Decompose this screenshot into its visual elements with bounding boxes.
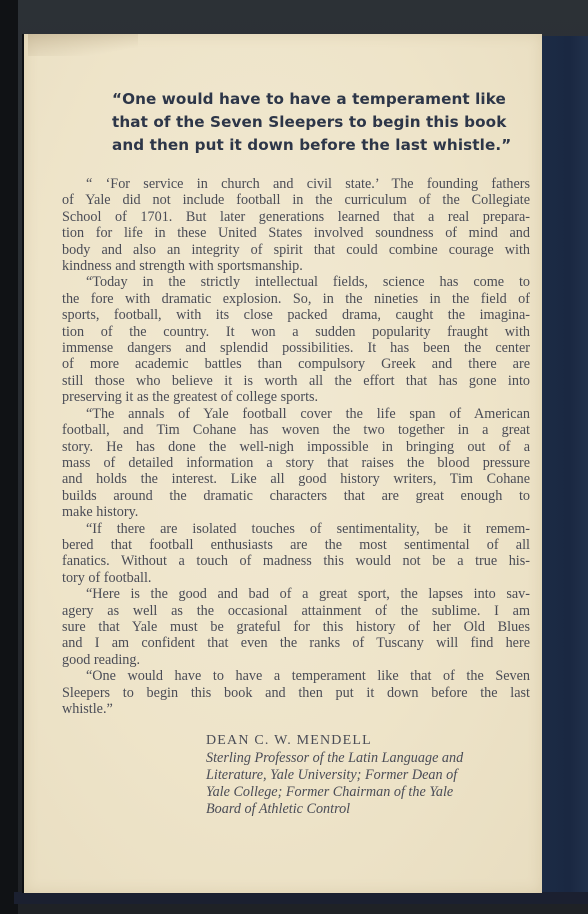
blurb-paragraph: “Today in the strictly intellectual fiel… <box>62 274 530 405</box>
text-line: agery as well as the occasional attainme… <box>62 603 530 619</box>
pull-quote-line: that of the Seven Sleepers to begin this… <box>112 111 532 134</box>
blurb-paragraph: “Here is the good and bad of a great spo… <box>62 586 530 668</box>
text-line: School of 1701. But later generations le… <box>62 209 530 225</box>
text-line: sports, football, with its close packed … <box>62 307 530 323</box>
text-line: “Today in the strictly intellectual fiel… <box>62 274 530 290</box>
blurb-paragraph: “ ‘For service in church and civil state… <box>62 176 530 274</box>
jacket-corner-fold <box>28 34 138 56</box>
pull-quote: “One would have to have a temperament li… <box>112 88 532 157</box>
text-line: body and also an integrity of spirit tha… <box>62 242 530 258</box>
attribution-block: DEAN C. W. MENDELL Sterling Professor of… <box>206 732 536 818</box>
pull-quote-line: “One would have to have a temperament li… <box>112 88 532 111</box>
text-line: bered that football enthusiasts are the … <box>62 537 530 553</box>
text-line: make history. <box>62 504 530 520</box>
book-board-blue-edge <box>542 36 588 896</box>
text-line: tion for life in these United States inv… <box>62 225 530 241</box>
text-line: mass of detailed information a story tha… <box>62 455 530 471</box>
text-line: sure that Yale must be grateful for this… <box>62 619 530 635</box>
text-line: “The annals of Yale football cover the l… <box>62 406 530 422</box>
text-line: and I am confident that even the ranks o… <box>62 635 530 651</box>
author-title-line: Board of Athletic Control <box>206 801 536 818</box>
book-board-bottom-edge <box>14 892 588 904</box>
text-line: tion of the country. It won a sudden pop… <box>62 324 530 340</box>
text-line: immense dangers and splendid possibiliti… <box>62 340 530 356</box>
text-line: of Yale did not include football in the … <box>62 192 530 208</box>
text-line: tory of football. <box>62 570 530 586</box>
blurb-paragraph: “One would have to have a temperament li… <box>62 668 530 717</box>
author-title-line: Sterling Professor of the Latin Language… <box>206 750 536 767</box>
author-title-line: Yale College; Former Chairman of the Yal… <box>206 784 536 801</box>
text-line: “Here is the good and bad of a great spo… <box>62 586 530 602</box>
text-line: preserving it as the greatest of college… <box>62 389 530 405</box>
text-line: Sleepers to begin this book and then put… <box>62 685 530 701</box>
author-name: DEAN C. W. MENDELL <box>206 732 536 750</box>
text-line: of more academic battles than compulsory… <box>62 356 530 372</box>
text-line: “If there are isolated touches of sentim… <box>62 521 530 537</box>
text-line: and holds the interest. Like all good hi… <box>62 471 530 487</box>
pull-quote-line: and then put it down before the last whi… <box>112 134 532 157</box>
text-line: kindness and strength with sportsmanship… <box>62 258 530 274</box>
book-spine-edge <box>0 0 18 914</box>
text-line: story. He has done the well-nigh impossi… <box>62 439 530 455</box>
text-line: football, and Tim Cohane has woven the t… <box>62 422 530 438</box>
text-line: fanatics. Without a touch of madness thi… <box>62 553 530 569</box>
blurb-body: “ ‘For service in church and civil state… <box>62 176 530 717</box>
text-line: whistle.” <box>62 701 530 717</box>
author-title-line: Literature, Yale University; Former Dean… <box>206 767 536 784</box>
text-line: still those who believe it is worth all … <box>62 373 530 389</box>
blurb-paragraph: “If there are isolated touches of sentim… <box>62 521 530 587</box>
blurb-paragraph: “The annals of Yale football cover the l… <box>62 406 530 521</box>
text-line: “ ‘For service in church and civil state… <box>62 176 530 192</box>
text-line: “One would have to have a temperament li… <box>62 668 530 684</box>
text-line: good reading. <box>62 652 530 668</box>
text-line: the fore with dramatic explosion. So, in… <box>62 291 530 307</box>
text-line: builds around the dramatic characters th… <box>62 488 530 504</box>
